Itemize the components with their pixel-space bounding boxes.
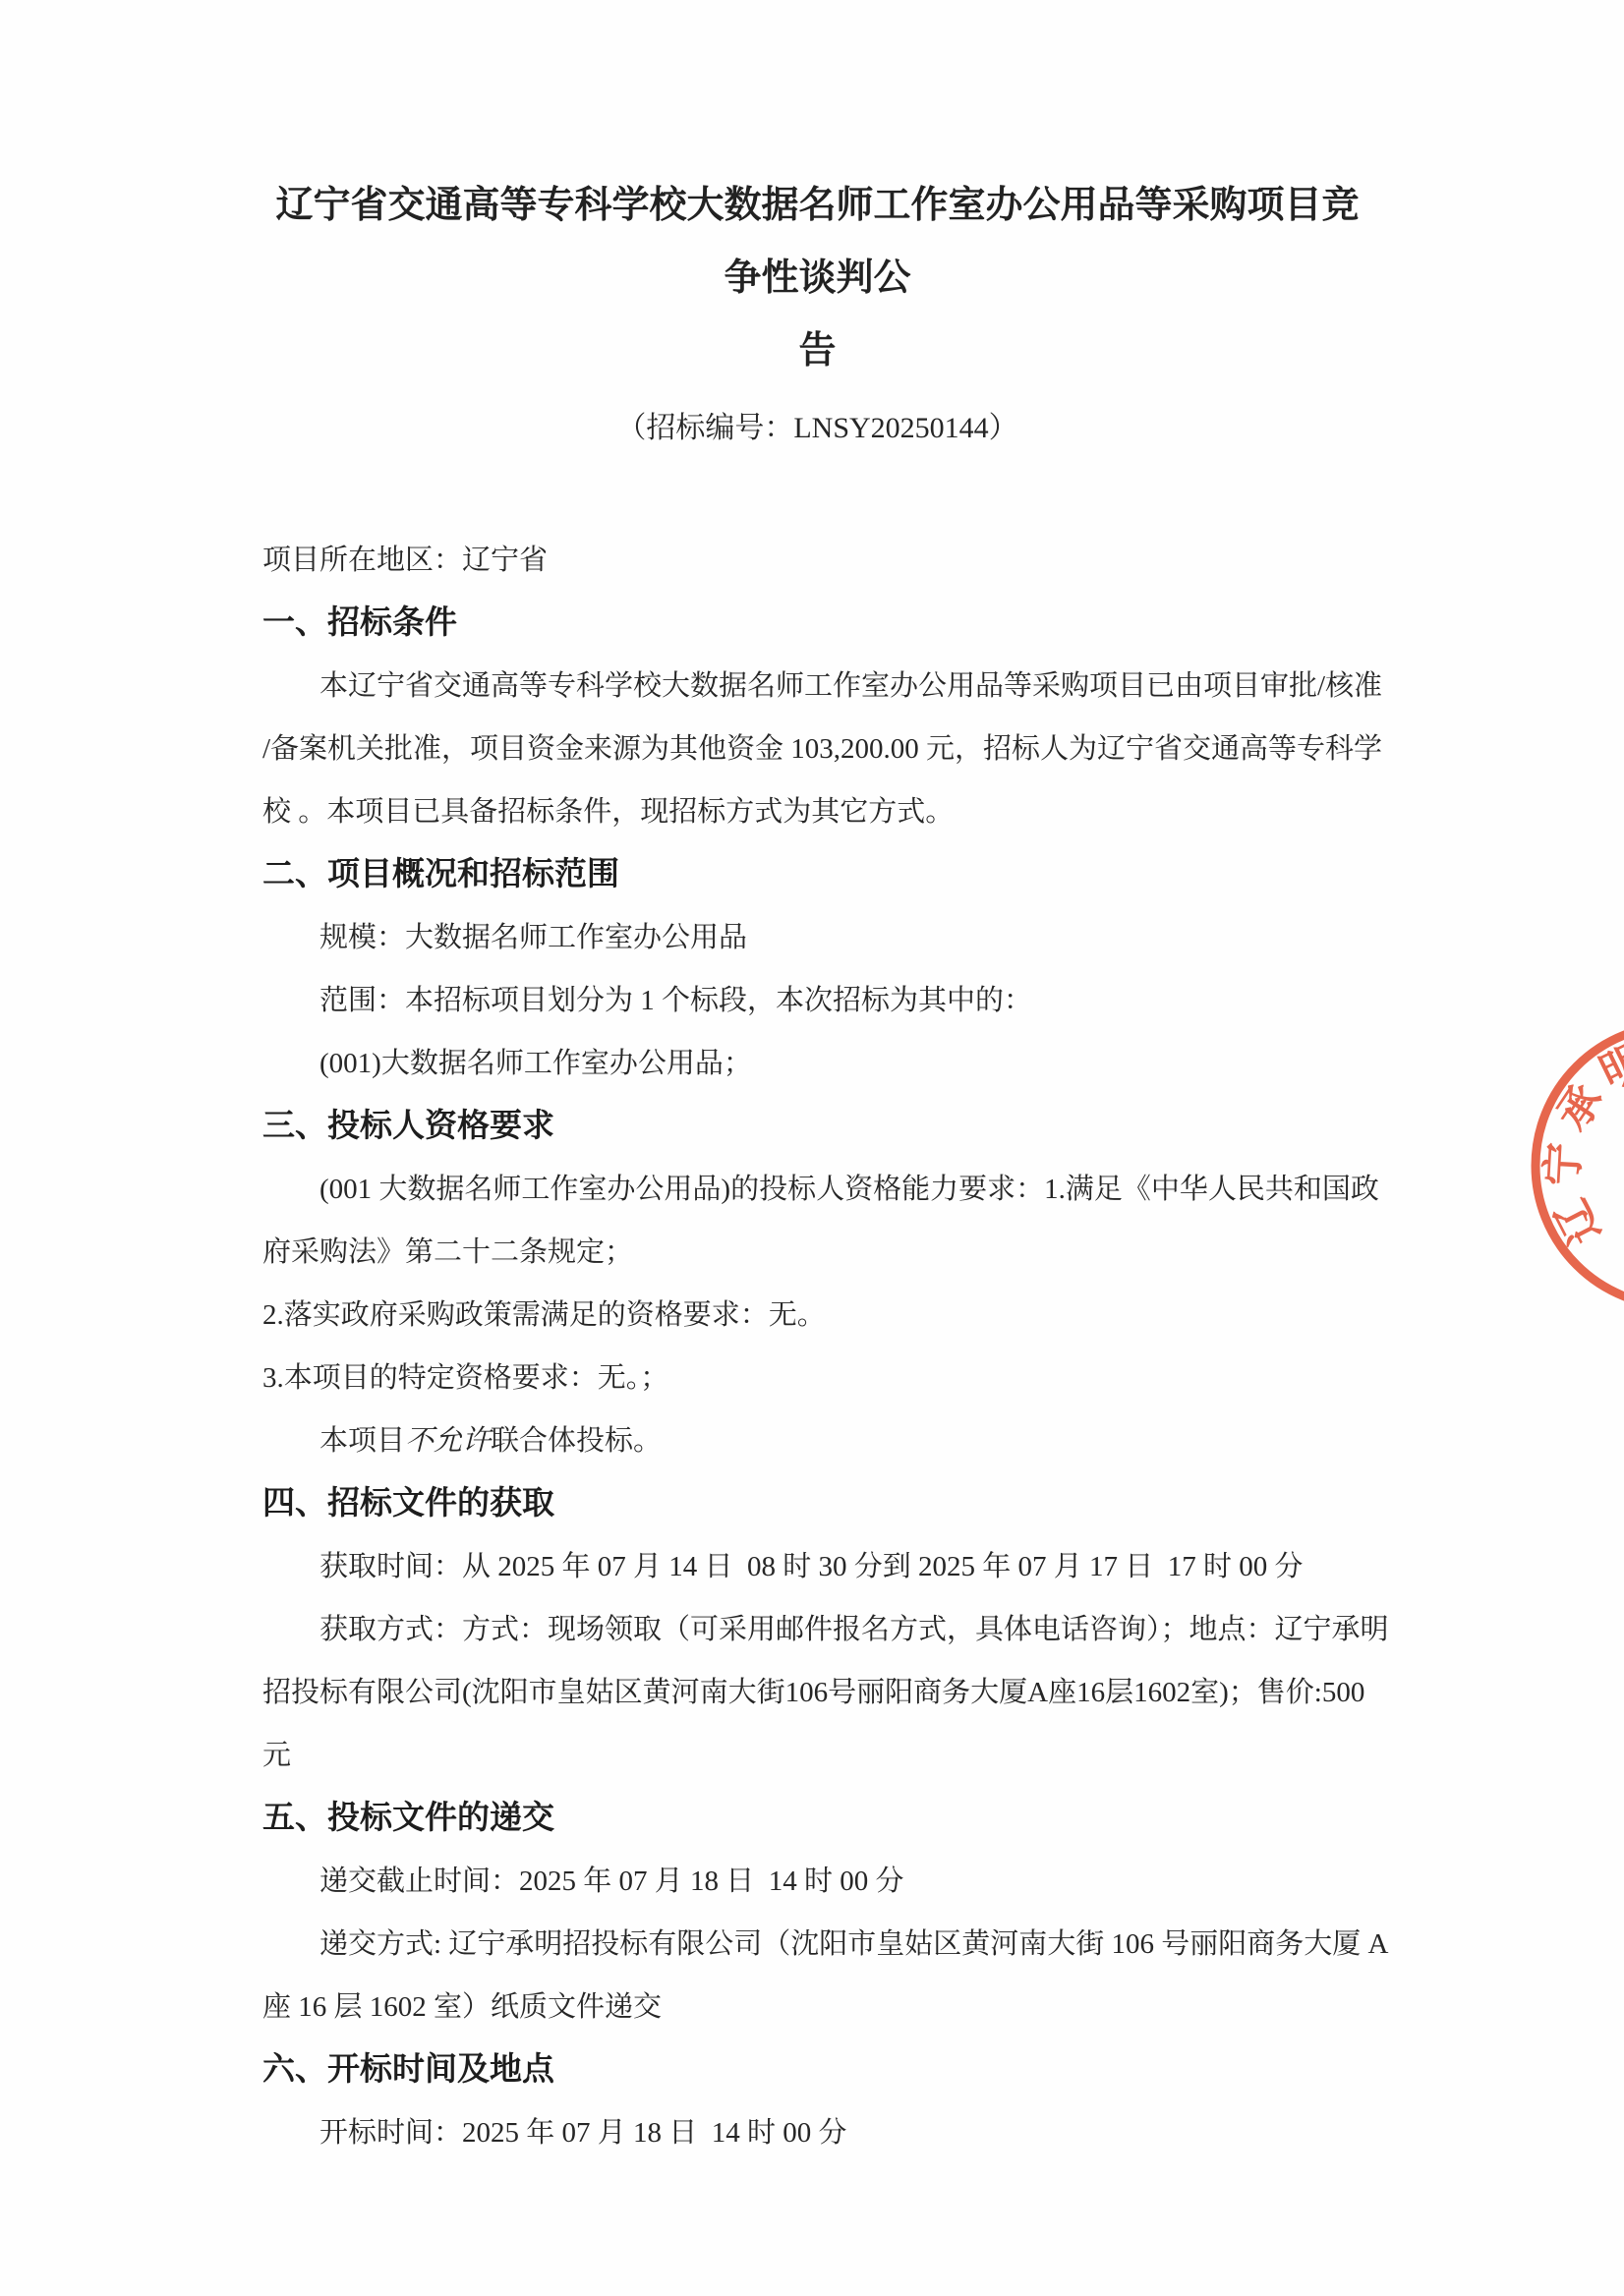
section-4-paragraph-line: 获取时间：从 2025 年 07 月 14 日 08 时 30 分到 2025 … (262, 1535, 1372, 1598)
section-6-paragraph-line: 开标时间：2025 年 07 月 18 日 14 时 00 分 (262, 2101, 1372, 2164)
section-2-paragraph-line: 规模：大数据名师工作室办公用品 (262, 906, 1372, 969)
document-body: 项目所在地区：辽宁省 一、招标条件 本辽宁省交通高等专科学校大数据名师工作室办公… (262, 529, 1372, 2164)
section-1-paragraph-line: 校 。本项目已具备招标条件，现招标方式为其它方式。 (262, 780, 1372, 843)
section-5-paragraph-line: 递交方式: 辽宁承明招投标有限公司（沈阳市皇姑区黄河南大街 106 号丽阳商务大… (262, 1913, 1372, 1976)
no-joint-bid-prefix: 本项目 (319, 1425, 405, 1457)
no-joint-bid-line: 本项目不允许联合体投标。 (262, 1409, 1372, 1472)
section-5-paragraph-line: 座 16 层 1602 室）纸质文件递交 (262, 1976, 1372, 2038)
section-5-heading: 五、投标文件的递交 (262, 1787, 1372, 1850)
document-content: 辽宁省交通高等专科学校大数据名师工作室办公用品等采购项目竞争性谈判公 告 （招标… (0, 0, 1624, 2164)
section-3-paragraph-line: (001 大数据名师工作室办公用品)的投标人资格能力要求：1.满足《中华人民共和… (262, 1158, 1372, 1221)
section-1-heading: 一、招标条件 (262, 592, 1372, 655)
section-3-paragraph-line: 3.本项目的特定资格要求：无。； (262, 1347, 1372, 1409)
no-joint-bid-suffix: 联合体投标。 (491, 1425, 662, 1457)
section-5-paragraph-line: 递交截止时间：2025 年 07 月 18 日 14 时 00 分 (262, 1850, 1372, 1913)
document-page: 辽宁省交通高等专科学校大数据名师工作室办公用品等采购项目竞争性谈判公 告 （招标… (0, 0, 1624, 2296)
document-title: 辽宁省交通高等专科学校大数据名师工作室办公用品等采购项目竞争性谈判公 告 (262, 169, 1372, 387)
section-4-heading: 四、招标文件的获取 (262, 1472, 1372, 1535)
section-3-paragraph-line: 府采购法》第二十二条规定； (262, 1221, 1372, 1284)
tender-number: （招标编号：LNSY20250144） (262, 399, 1372, 458)
no-joint-bid-emphasis: 不允许 (405, 1425, 491, 1457)
project-region: 项目所在地区：辽宁省 (262, 529, 1372, 592)
section-2-paragraph-line: 范围：本招标项目划分为 1 个标段，本次招标为其中的： (262, 969, 1372, 1032)
company-seal-stamp: 辽宁承明招 (1529, 1018, 1624, 1313)
section-4-paragraph-line: 获取方式：方式：现场领取（可采用邮件报名方式，具体电话咨询）；地点：辽宁承明 (262, 1598, 1372, 1661)
section-4-paragraph-line: 招投标有限公司(沈阳市皇姑区黄河南大街106号丽阳商务大厦A座16层1602室)… (262, 1661, 1372, 1724)
section-3-paragraph-line: 2.落实政府采购政策需满足的资格要求：无。 (262, 1284, 1372, 1347)
section-6-heading: 六、开标时间及地点 (262, 2038, 1372, 2101)
section-4-paragraph-line: 元 (262, 1724, 1372, 1787)
title-line-2: 告 (262, 315, 1372, 387)
section-2-paragraph-line: (001)大数据名师工作室办公用品； (262, 1032, 1372, 1095)
title-line-1: 辽宁省交通高等专科学校大数据名师工作室办公用品等采购项目竞争性谈判公 (262, 169, 1372, 315)
section-3-heading: 三、投标人资格要求 (262, 1095, 1372, 1158)
section-1-paragraph-line: /备案机关批准，项目资金来源为其他资金 103,200.00 元，招标人为辽宁省… (262, 717, 1372, 780)
section-1-paragraph-line: 本辽宁省交通高等专科学校大数据名师工作室办公用品等采购项目已由项目审批/核准 (262, 655, 1372, 717)
section-2-heading: 二、项目概况和招标范围 (262, 843, 1372, 906)
